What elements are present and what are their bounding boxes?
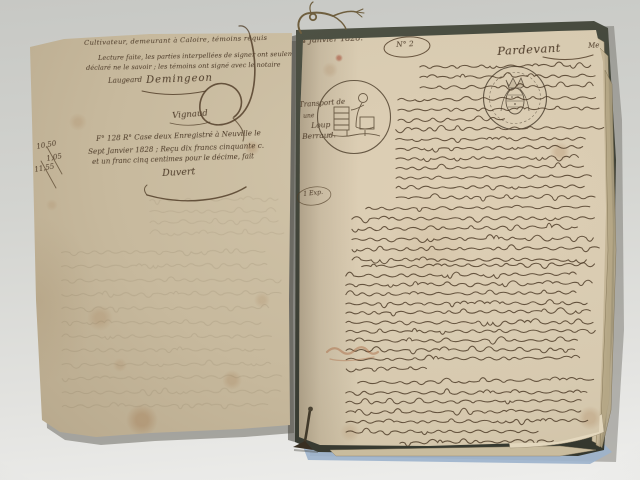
- paraph-flourish: [200, 36, 255, 125]
- amount-slashes: [41, 147, 62, 188]
- paraph-flourish-tail: [233, 118, 244, 141]
- duvert-swoosh: [147, 187, 246, 201]
- red-margin-mark: [327, 347, 378, 360]
- expedition-oval: [296, 185, 332, 208]
- number-circle: [383, 35, 430, 58]
- binding-clasp: [293, 407, 318, 452]
- ink-overlay: [0, 0, 640, 480]
- paraph-flourish-hook: [239, 26, 250, 36]
- pardevant-swoosh: [543, 55, 593, 60]
- duvert-swoosh-hook: [145, 185, 148, 195]
- demingeon-underline: [142, 91, 206, 95]
- binding-twine: [298, 2, 364, 33]
- vignaud-underline: [170, 122, 210, 125]
- photo-of-manuscript: 4 Janvier 1828. N° 2 Pardevant Me Transp…: [0, 0, 640, 480]
